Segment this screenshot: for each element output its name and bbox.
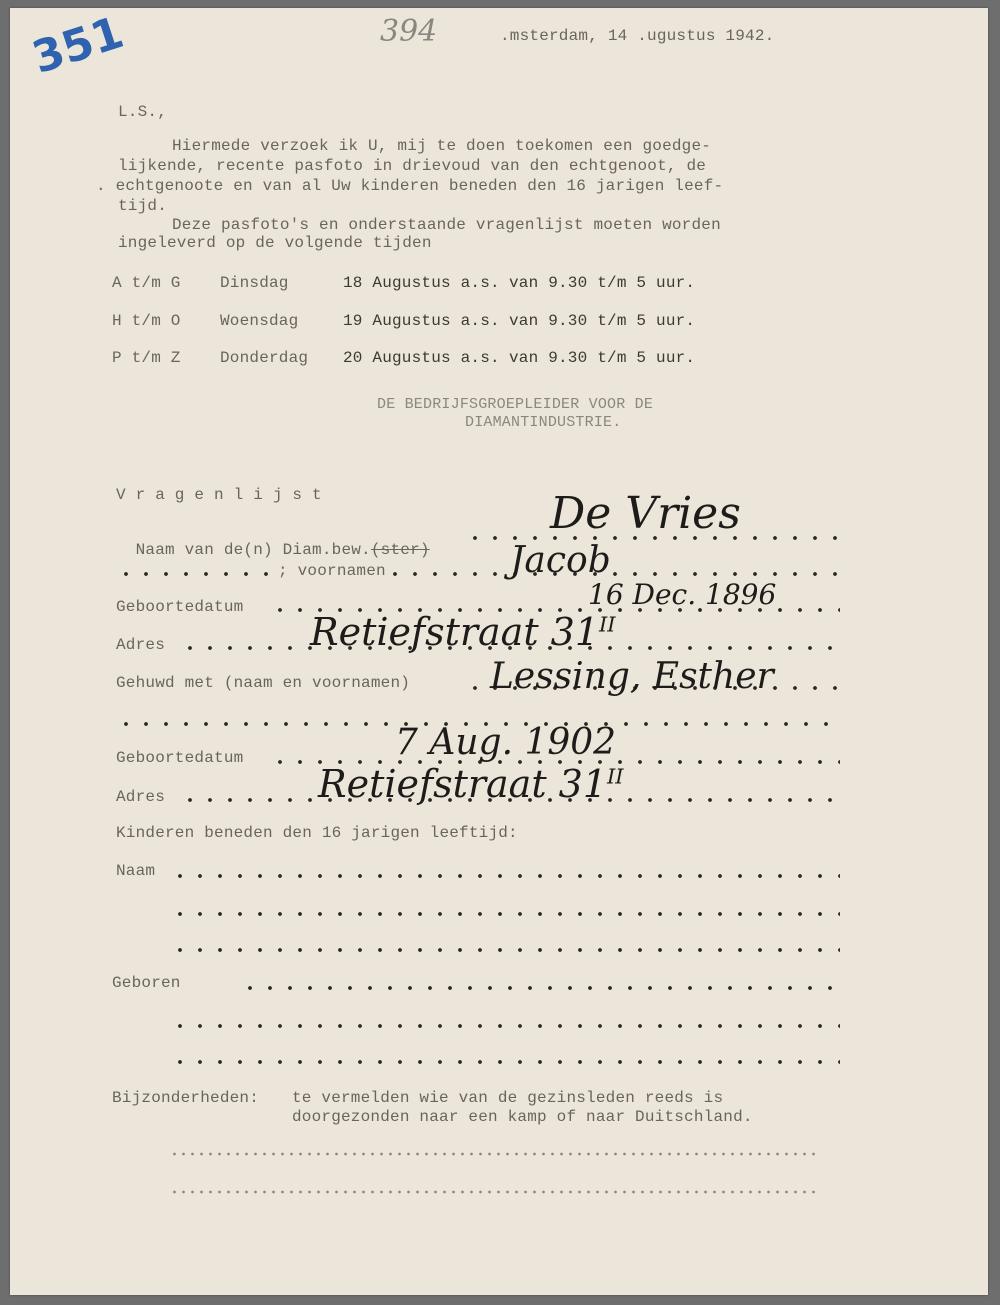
paragraph1-line3: . echtgenoote en van al Uw kinderen bene… bbox=[96, 177, 723, 195]
naam-value: De Vries bbox=[550, 488, 741, 539]
form-title: V r a g e n l i j s t bbox=[116, 486, 322, 504]
naam-label: Naam van de(n) Diam.bew.(ster) bbox=[116, 523, 430, 559]
place-date: .msterdam, 14 .ugustus 1942. bbox=[500, 27, 774, 45]
child-naam-line-1[interactable] bbox=[170, 872, 840, 880]
paragraph1-line2: lijkende, recente pasfoto in drievoud va… bbox=[118, 157, 706, 175]
schedule-time: van 9.30 t/m 5 uur. bbox=[509, 274, 695, 292]
child-geboren-line-2[interactable] bbox=[170, 1022, 840, 1030]
paragraph1-line1: Hiermede verzoek ik U, mij te doen toeko… bbox=[172, 137, 711, 155]
spouse-adres-value-text: Retiefstraat 31 bbox=[318, 762, 607, 806]
geboortedatum-label: Geboortedatum bbox=[116, 598, 243, 616]
gehuwd-value: Lessing, Esther bbox=[490, 656, 774, 697]
schedule-time: van 9.30 t/m 5 uur. bbox=[509, 312, 695, 330]
schedule-date: 19 Augustus a.s. bbox=[343, 312, 500, 330]
child-naam-line-2[interactable] bbox=[170, 910, 840, 918]
schedule-date: 20 Augustus a.s. bbox=[343, 349, 500, 367]
schedule-day: Dinsdag bbox=[220, 274, 289, 292]
voornamen-label: ; voornamen bbox=[278, 562, 386, 580]
spouse-geboortedatum-label: Geboortedatum bbox=[116, 749, 243, 767]
pencil-page-number: 394 bbox=[380, 14, 437, 49]
schedule-day: Woensdag bbox=[220, 312, 298, 330]
paragraph1-line4: tijd. bbox=[118, 197, 167, 215]
adres-label: Adres bbox=[116, 636, 165, 654]
bijzonderheden-text-line1: te vermelden wie van de gezinsleden reed… bbox=[292, 1089, 723, 1107]
child-geboren-line-3[interactable] bbox=[170, 1058, 840, 1066]
voornamen-label-text: voornamen bbox=[298, 562, 386, 580]
schedule-letters: P t/m Z bbox=[112, 349, 181, 367]
bijzonderheden-line-1[interactable] bbox=[170, 1151, 820, 1157]
salutation: L.S., bbox=[118, 103, 167, 121]
spouse-adres-value-floor: II bbox=[607, 764, 624, 788]
schedule-letters: A t/m G bbox=[112, 274, 181, 292]
bijzonderheden-line-2[interactable] bbox=[170, 1189, 820, 1195]
schedule-time: van 9.30 t/m 5 uur. bbox=[509, 349, 695, 367]
signature-line1: DE BEDRIJFSGROEPLEIDER VOOR DE bbox=[377, 396, 653, 413]
children-geboren-label: Geboren bbox=[112, 974, 181, 992]
geboortedatum-value: 16 Dec. 1896 bbox=[588, 578, 776, 611]
naam-label-struck: (ster) bbox=[371, 541, 430, 559]
naam-label-text: Naam van de(n) Diam.bew. bbox=[136, 541, 371, 559]
bijzonderheden-label: Bijzonderheden: bbox=[112, 1089, 259, 1107]
child-geboren-line-1[interactable] bbox=[240, 984, 840, 992]
gehuwd-label: Gehuwd met (naam en voornamen) bbox=[116, 674, 410, 692]
voornamen-leading-dots bbox=[116, 570, 276, 578]
adres-value: Retiefstraat 31II bbox=[310, 610, 616, 654]
adres-value-text: Retiefstraat 31 bbox=[310, 610, 599, 654]
paragraph2-line2: ingeleverd op de volgende tijden bbox=[118, 234, 432, 252]
paragraph2-line1: Deze pasfoto's en onderstaande vragenlij… bbox=[172, 216, 721, 234]
schedule-date: 18 Augustus a.s. bbox=[343, 274, 500, 292]
voornamen-value: Jacob bbox=[510, 540, 611, 581]
voornamen-dotted-line bbox=[385, 570, 840, 578]
signature-line2: DIAMANTINDUSTRIE. bbox=[465, 414, 621, 431]
schedule-letters: H t/m O bbox=[112, 312, 181, 330]
child-naam-line-3[interactable] bbox=[170, 946, 840, 954]
schedule-day: Donderdag bbox=[220, 349, 308, 367]
adres-value-floor: II bbox=[599, 612, 616, 636]
children-naam-label: Naam bbox=[116, 862, 155, 880]
spouse-geboortedatum-value: 7 Aug. 1902 bbox=[395, 722, 616, 763]
spouse-adres-label: Adres bbox=[116, 788, 165, 806]
bijzonderheden-text-line2: doorgezonden naar een kamp of naar Duits… bbox=[292, 1108, 753, 1126]
children-header: Kinderen beneden den 16 jarigen leeftijd… bbox=[116, 824, 518, 842]
spouse-adres-value: Retiefstraat 31II bbox=[318, 762, 624, 806]
